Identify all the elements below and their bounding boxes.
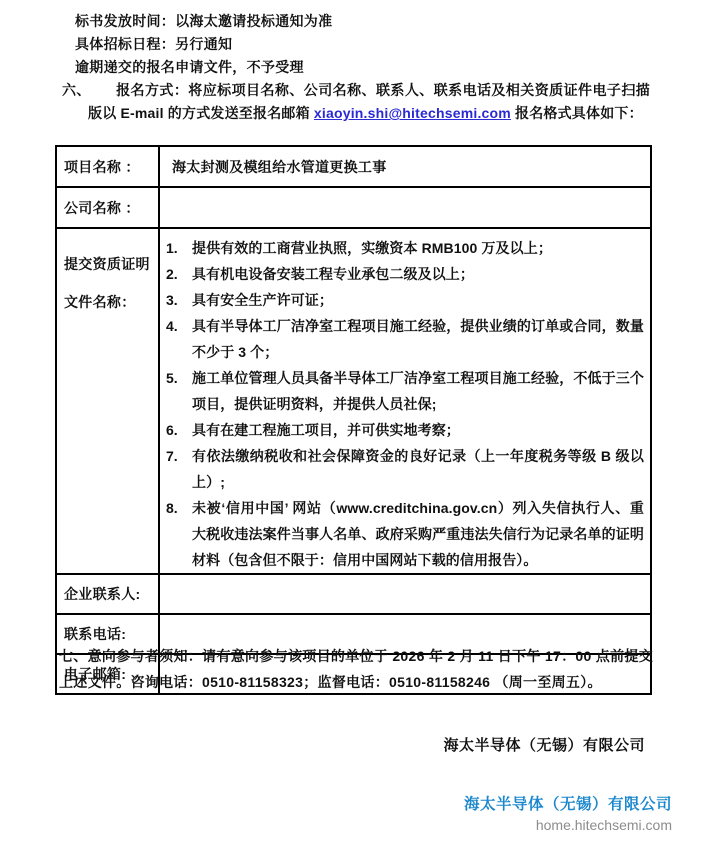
requirement-number: 7.: [166, 443, 192, 495]
contact-person-value-cell: [159, 574, 651, 614]
requirement-text: 具有机电设备安装工程专业承包二级及以上；: [192, 261, 646, 287]
requirement-item: 7. 有依法缴纳税收和社会保障资金的良好记录（上一年度税务等级 B 级以上）;: [166, 443, 646, 495]
contact-person-label: 企业联系人:: [56, 574, 159, 614]
requirement-text: 施工单位管理人员具备半导体工厂洁净室工程项目施工经验，不低于三个项目，提供证明资…: [192, 365, 646, 417]
requirement-item: 8. 未被‘信用中国’ 网站（www.creditchina.gov.cn）列入…: [166, 495, 646, 573]
table-row-company-name: 公司名称 ：: [56, 187, 651, 228]
requirement-number: 4.: [166, 313, 192, 365]
requirement-number: 6.: [166, 417, 192, 443]
table-row-qualifications: 提交资质证明文件名称： 1. 提供有效的工商营业执照，实缴资本 RMB100 万…: [56, 228, 651, 574]
requirement-text: 具有安全生产许可证；: [192, 287, 646, 313]
requirement-item: 4. 具有半导体工厂洁净室工程项目施工经验，提供业绩的订单或合同，数量不少于 3…: [166, 313, 646, 365]
item6-number: 六、: [62, 82, 91, 98]
intro-section: 标书发放时间：以海太邀请投标通知为准 具体招标日程：另行通知 逾期递交的报名申请…: [0, 10, 666, 125]
signup-form-table: 项目名称 ： 海太封测及模组给水管道更换工事 公司名称 ： 提交资质证明文件名称…: [55, 145, 652, 695]
signup-email-link[interactable]: xiaoyin.shi@hitechsemi.com: [314, 105, 511, 121]
requirement-number: 1.: [166, 235, 192, 261]
requirement-number: 3.: [166, 287, 192, 313]
intro-line-schedule: 具体招标日程：另行通知: [0, 33, 666, 56]
company-signature: 海太半导体（无锡）有限公司: [0, 734, 645, 755]
footer-website-link[interactable]: home.hitechsemi.com: [0, 817, 672, 833]
company-name-value-cell: [159, 187, 651, 228]
requirement-item: 2. 具有机电设备安装工程专业承包二级及以上；: [166, 261, 646, 287]
qualification-requirements-cell: 1. 提供有效的工商营业执照，实缴资本 RMB100 万及以上； 2. 具有机电…: [159, 228, 651, 574]
requirement-text: 具有在建工程施工项目，并可供实地考察；: [192, 417, 646, 443]
qualification-label: 提交资质证明文件名称：: [56, 228, 159, 574]
requirement-text: 具有半导体工厂洁净室工程项目施工经验，提供业绩的订单或合同，数量不少于 3 个；: [192, 313, 646, 365]
requirement-item: 3. 具有安全生产许可证；: [166, 287, 646, 313]
requirement-item: 1. 提供有效的工商营业执照，实缴资本 RMB100 万及以上；: [166, 235, 646, 261]
project-name-label: 项目名称 ：: [56, 146, 159, 187]
intro-line-overdue: 逾期递交的报名申请文件，不予受理: [0, 56, 666, 79]
requirement-item: 6. 具有在建工程施工项目，并可供实地考察；: [166, 417, 646, 443]
requirement-item: 5. 施工单位管理人员具备半导体工厂洁净室工程项目施工经验，不低于三个项目，提供…: [166, 365, 646, 417]
requirement-number: 8.: [166, 495, 192, 573]
company-name-label: 公司名称 ：: [56, 187, 159, 228]
project-name-value: 海太封测及模组给水管道更换工事: [159, 146, 651, 187]
table-row-contact-person: 企业联系人:: [56, 574, 651, 614]
participant-notice: 七、意向参与者须知：请有意向参与该项目的单位于 2026 年 2 月 11 日下…: [59, 643, 653, 695]
item6-signup-method: 六、报名方式：将应标项目名称、公司名称、联系人、联系电话及相关资质证件电子扫描版…: [0, 79, 650, 125]
intro-line-issue-time: 标书发放时间：以海太邀请投标通知为准: [0, 10, 666, 33]
requirement-number: 5.: [166, 365, 192, 417]
requirement-text: 未被‘信用中国’ 网站（www.creditchina.gov.cn）列入失信执…: [192, 495, 646, 573]
item6-tail-text: 报名格式具体如下：: [511, 105, 643, 121]
requirement-text: 有依法缴纳税收和社会保障资金的良好记录（上一年度税务等级 B 级以上）;: [192, 443, 646, 495]
requirement-text: 提供有效的工商营业执照，实缴资本 RMB100 万及以上；: [192, 235, 646, 261]
requirement-number: 2.: [166, 261, 192, 287]
table-row-project-name: 项目名称 ： 海太封测及模组给水管道更换工事: [56, 146, 651, 187]
footer-company-link[interactable]: 海太半导体（无锡）有限公司: [0, 792, 672, 814]
